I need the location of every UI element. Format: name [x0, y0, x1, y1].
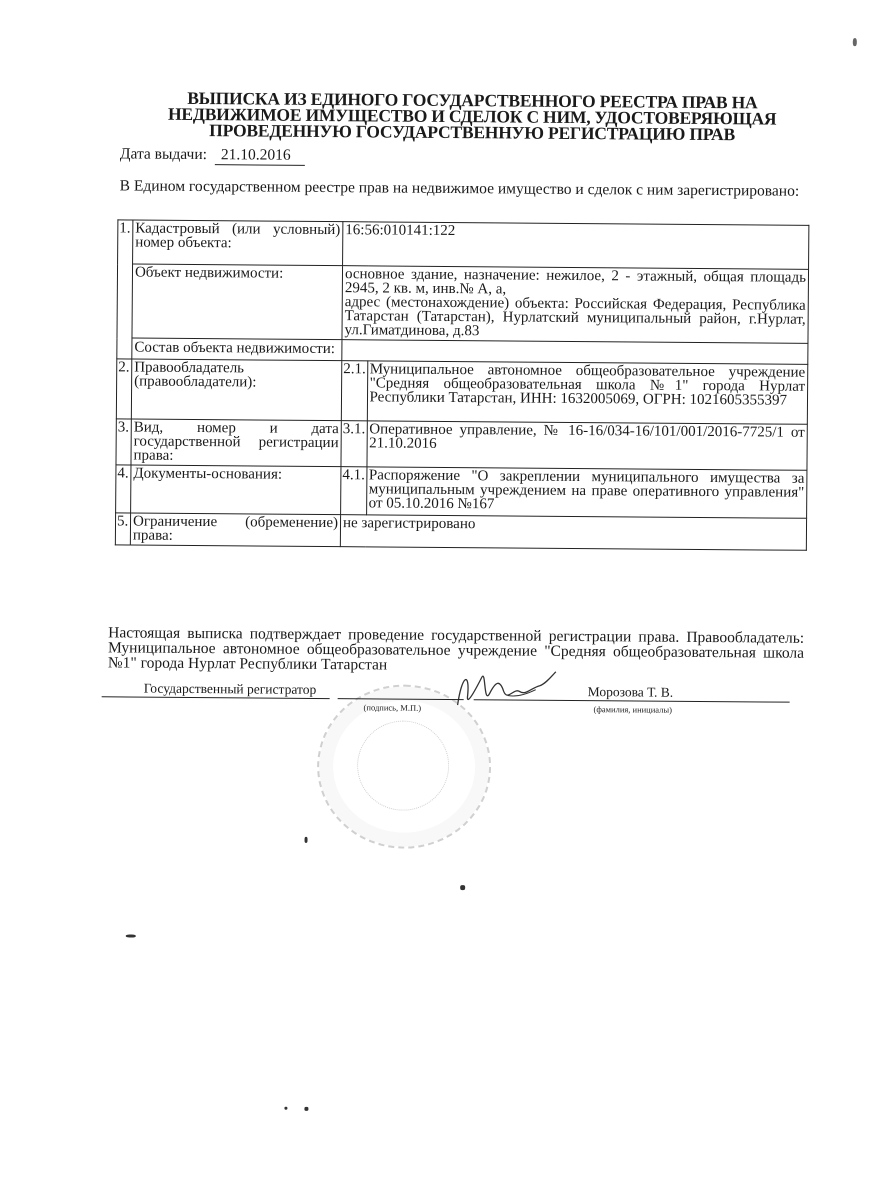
signature-caption: (подпись, М.П.) [364, 702, 422, 712]
registrar-label: Государственный регистратор [144, 681, 317, 698]
table-row-cadastral: 1. Кадастровый (или условный) номер объе… [118, 220, 809, 269]
scan-speck [305, 837, 308, 843]
sub-number: 2.1. [341, 361, 367, 421]
row-number: 5. [115, 513, 130, 545]
issue-date-value: 21.10.2016 [215, 146, 305, 166]
table-row-rightholder: 2. Правообладатель (правообладатели): 2.… [116, 359, 807, 424]
object-label: Объект недвижимости: [132, 264, 343, 340]
object-value: основное здание, назначение: нежилое, 2 … [342, 266, 809, 344]
documents-label: Документы-основания: [131, 465, 341, 515]
registration-label: Вид, номер и дата государственной регист… [131, 419, 341, 467]
sub-number: 3.1. [341, 421, 367, 467]
scan-speck [853, 38, 857, 46]
scan-speck [126, 934, 136, 937]
cadastral-value: 16:56:010141:122 [343, 222, 809, 270]
document-page: ВЫПИСКА ИЗ ЕДИНОГО ГОСУДАРСТВЕННОГО РЕЕС… [0, 0, 872, 1200]
table-row-registration: 3. Вид, номер и дата государственной рег… [116, 419, 807, 470]
registry-table: 1. Кадастровый (или условный) номер объе… [115, 219, 810, 550]
table-row-object: Объект недвижимости: основное здание, на… [117, 264, 809, 343]
object-address: адрес (местонахождение) объекта: Российс… [344, 295, 805, 341]
issue-date: Дата выдачи:21.10.2016 [120, 145, 305, 165]
encumbrance-value: не зарегистрировано [340, 515, 806, 551]
scan-speck [284, 1107, 287, 1110]
sub-number: 4.1. [341, 467, 367, 515]
issue-date-label: Дата выдачи: [120, 145, 207, 163]
title-line-3: ПРОВЕДЕННУЮ ГОСУДАРСТВЕННУЮ РЕГИСТРАЦИЮ … [152, 122, 792, 143]
registration-value: Оперативное управление, № 16-16/034-16/1… [366, 421, 807, 470]
documents-value: Распоряжение "О закреплении муниципально… [366, 467, 807, 518]
registrar-name: Морозова Т. В. [588, 684, 674, 701]
registrar-signature-row: Государственный регистратор (подпись, М.… [101, 680, 801, 725]
row-number: 3. [116, 419, 131, 465]
rightholder-value: Муниципальное автономное общеобразовател… [367, 361, 808, 424]
scan-speck [304, 1107, 308, 1111]
seal-emblem-icon [357, 720, 450, 811]
table-row-documents: 4. Документы-основания: 4.1. Распоряжени… [116, 465, 807, 518]
row-number: 4. [116, 465, 131, 513]
name-caption: (фамилия, инициалы) [594, 704, 672, 715]
composition-label: Состав объекта недвижимости: [132, 338, 342, 361]
table-row-encumbrance: 5. Ограничение (обременение) права: не з… [115, 513, 806, 550]
document-title: ВЫПИСКА ИЗ ЕДИНОГО ГОСУДАРСТВЕННОГО РЕЕС… [152, 90, 792, 143]
encumbrance-label: Ограничение (обременение) права: [130, 513, 340, 547]
row-number: 1. [117, 220, 133, 359]
cadastral-label: Кадастровый (или условный) номер объекта… [133, 220, 343, 266]
intro-text: В Едином государственном реестре прав на… [120, 178, 808, 198]
rightholder-label: Правообладатель (правообладатели): [131, 359, 341, 421]
scan-speck [460, 885, 465, 890]
row-number: 2. [116, 359, 131, 419]
